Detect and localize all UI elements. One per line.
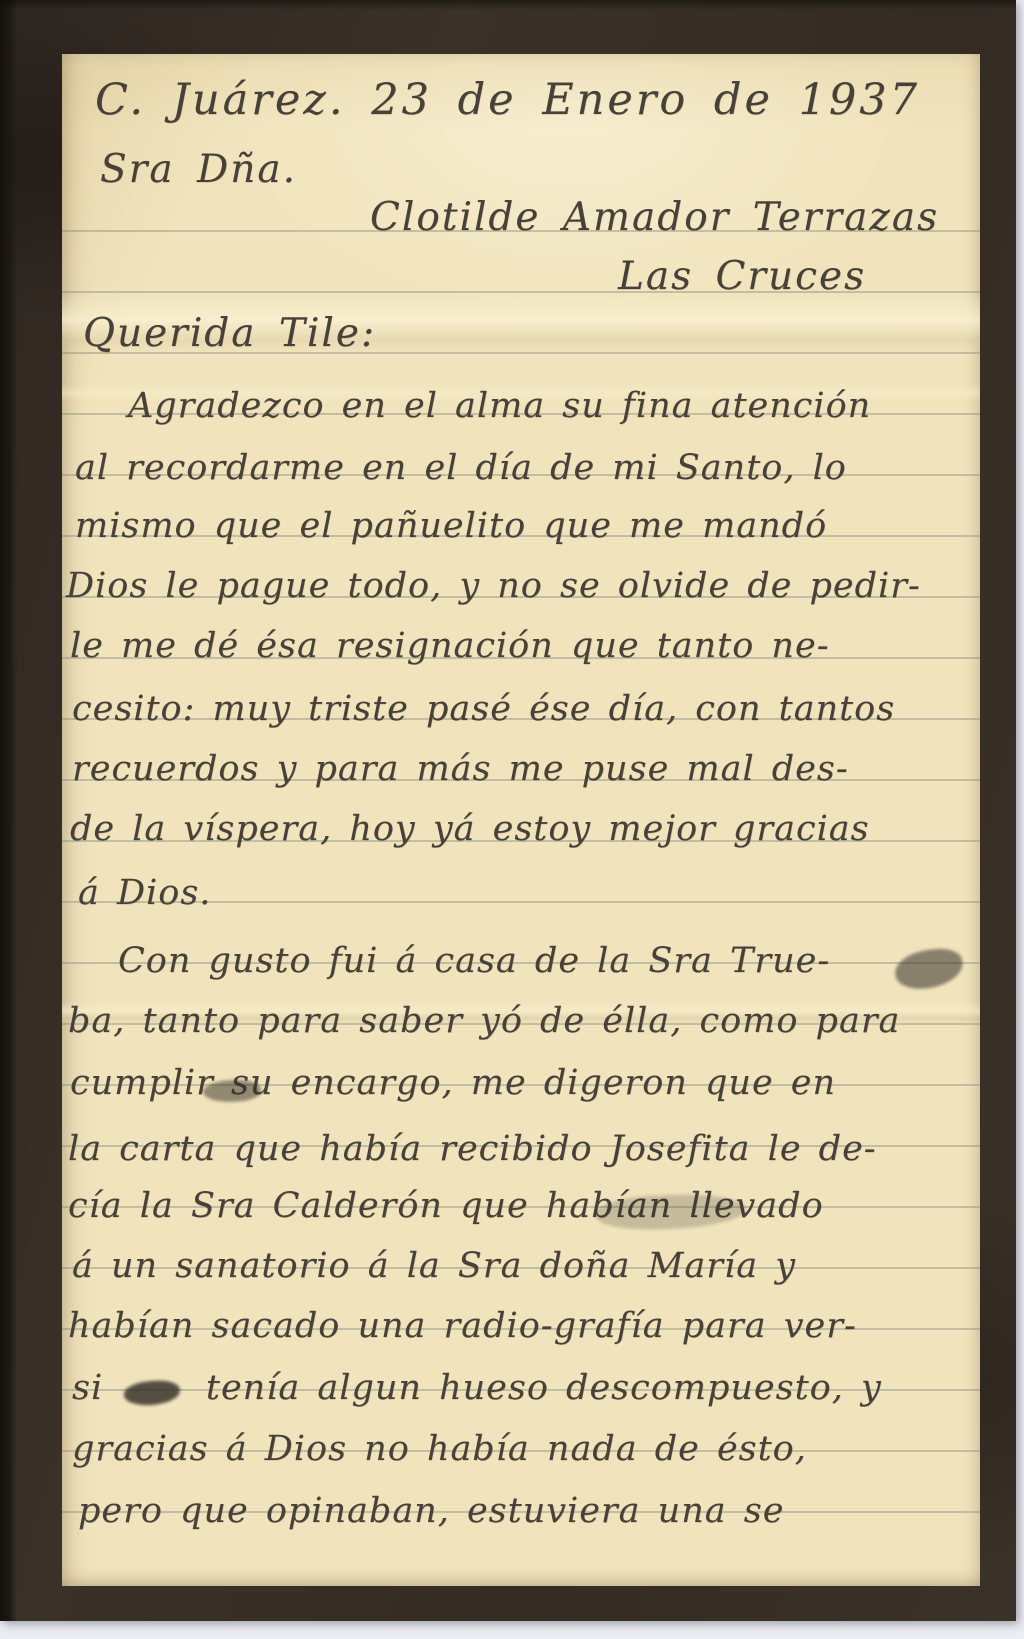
letter-paper: C. Juárez. 23 de Enero de 1937 Sra Dña. …: [62, 54, 980, 1586]
handwritten-line: la carta que había recibido Josefita le …: [68, 1128, 877, 1172]
handwritten-line: Dios le pague todo, y no se olvide de pe…: [66, 565, 921, 609]
recipient-title-line: Sra Dña.: [100, 146, 297, 195]
handwritten-line: á Dios.: [78, 872, 211, 916]
handwritten-line: cumplir su encargo, me digeron que en: [70, 1062, 836, 1106]
handwritten-line: recuerdos y para más me puse mal des-: [72, 748, 849, 792]
recipient-name-line: Clotilde Amador Terrazas: [370, 194, 939, 243]
handwritten-line: pero que opinaban, estuviera una se: [78, 1490, 784, 1534]
handwritten-line: le me dé ésa resignación que tanto ne-: [70, 625, 830, 669]
handwritten-line: mismo que el pañuelito que me mandó: [75, 505, 827, 549]
handwritten-line: habían sacado una radio-grafía para ver-: [68, 1305, 857, 1349]
album-mat: C. Juárez. 23 de Enero de 1937 Sra Dña. …: [0, 0, 1016, 1621]
handwritten-line: de la víspera, hoy yá estoy mejor gracia…: [70, 808, 870, 852]
handwritten-line: á un sanatorio á la Sra doña María y: [72, 1245, 796, 1289]
mat-top-edge-shadow: [0, 0, 1016, 10]
handwritten-line: Agradezco en el alma su fina atención: [128, 385, 871, 429]
mat-left-edge-shadow: [0, 0, 17, 1621]
date-line: C. Juárez. 23 de Enero de 1937: [95, 74, 920, 128]
handwritten-line: si tenía algun hueso descompuesto, y: [72, 1367, 882, 1411]
handwritten-line: gracias á Dios no había nada de ésto,: [72, 1428, 807, 1472]
handwritten-line: ba, tanto para saber yó de élla, como pa…: [68, 1000, 900, 1044]
scanned-letter-page: { "document": { "kind": "handwritten-let…: [0, 0, 1024, 1639]
salutation-line: Querida Tile:: [83, 310, 376, 359]
handwritten-line: al recordarme en el día de mi Santo, lo: [75, 447, 847, 491]
handwritten-line: Con gusto fui á casa de la Sra True-: [118, 940, 830, 984]
handwritten-line: cesito: muy triste pasé ése día, con tan…: [72, 688, 895, 732]
recipient-place-line: Las Cruces: [618, 253, 866, 302]
